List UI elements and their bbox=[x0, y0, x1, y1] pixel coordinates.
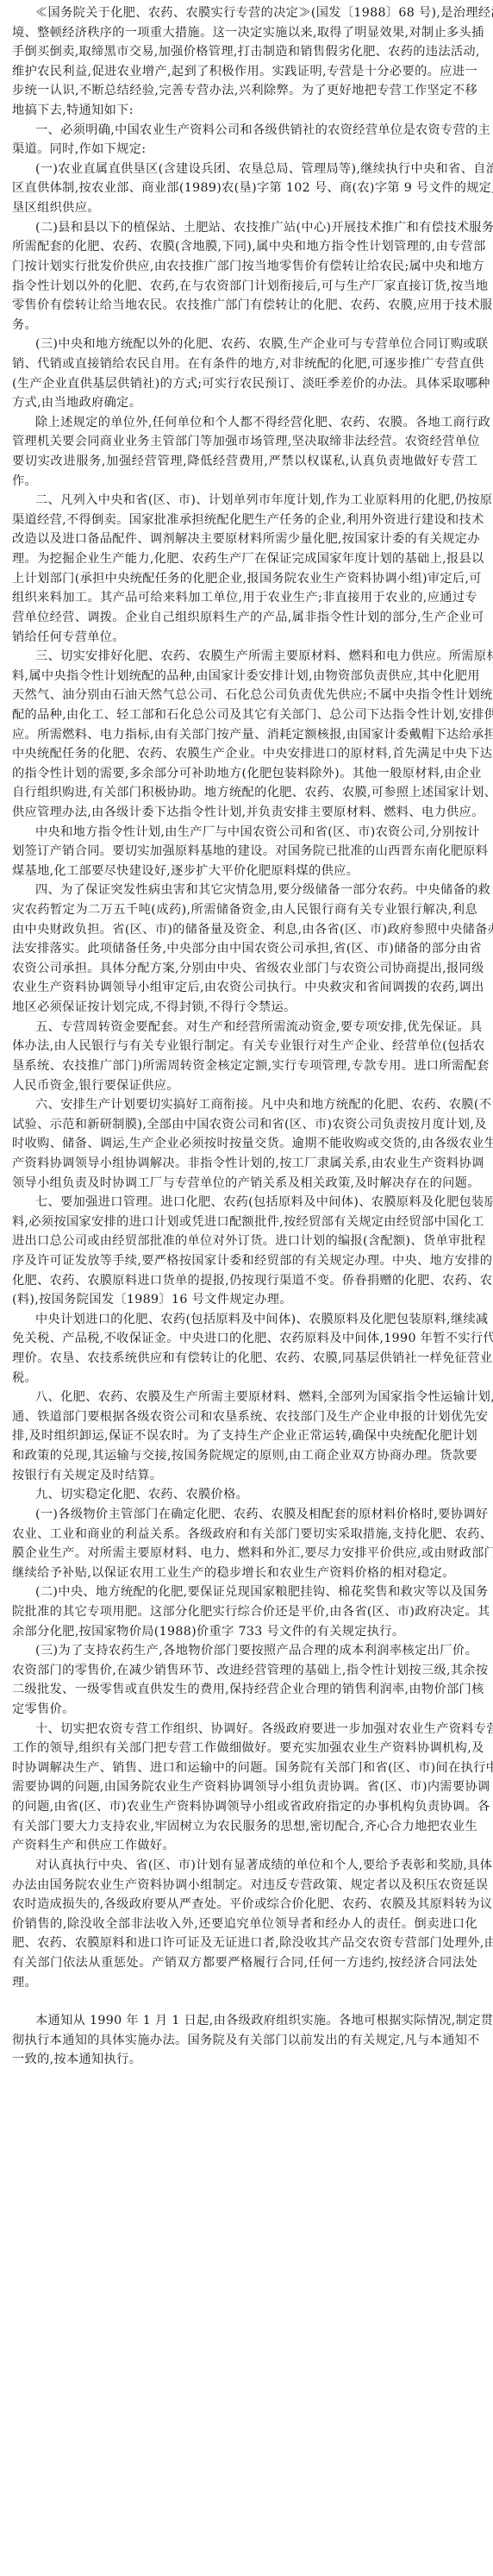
text-line: (生产企业直供基层供销社)的方式;可实行农民预订、淡旺季差价的办法。具体采取哪种 bbox=[12, 374, 477, 394]
text-line: 区直供体制,按农业部、商业部(1989)农(垦)字第 102 号、商(农)字第 … bbox=[12, 179, 477, 198]
text-line: 方式,由当地政府确定。 bbox=[12, 393, 477, 413]
text-line: 改造以及进口备品配件、调剂解决主要原材料所需少量化肥,按国家计委的有关规定办 bbox=[12, 530, 477, 549]
text-line: 有关部门要大力支持农业,牢固树立为农民服务的思想,密切配合,齐心合力地把农业生 bbox=[12, 1817, 477, 1837]
text-line: 需要协调的问题,由国务院农业生产资料协调领导小组负责协调。省(区、市)内需要协调 bbox=[12, 1777, 477, 1797]
paragraph-section-2: 二、凡列入中央和省(区、市)、计划单列市年度计划,作为工业原料用的化肥,仍按原渠… bbox=[12, 491, 477, 647]
text-line: (三)中央和地方统配以外的化肥、农药、农膜,生产企业可与专营单位合同订购或联 bbox=[12, 335, 477, 354]
text-line: (一)各级物价主管部门在确定化肥、农药、农膜及相配套的原材料价格时,要协调好 bbox=[12, 1505, 477, 1525]
paragraph-intro: ≪国务院关于化肥、农药、农膜实行专营的决定≫(国发〔1988〕68 号),是治理… bbox=[12, 3, 477, 121]
text-line: 膜企业生产。对所需主要原材料、电力、燃料和外汇,要尽力安排平价供应,或由财政部门 bbox=[12, 1544, 477, 1564]
text-line: 销、代销或直接销给农民自用。在有条件的地方,对非统配的化肥,可逐步推广专营直供 bbox=[12, 354, 477, 374]
text-line: 试验、示范和新研制膜),全部由中国农资公司和省(区、市)农资公司负责按月度计划,… bbox=[12, 1115, 477, 1135]
text-line: 办法由国务院农业生产资料协调小组制定。对违反专营政策、规定者以及积压农资延误 bbox=[12, 1876, 477, 1896]
text-line: 对认真执行中央、省(区、市)计划有显著成绩的单位和个人,要给予表彰和奖励,具体 bbox=[12, 1856, 477, 1876]
text-line: 地区必须保证按计划完成,不得封锁,不得行令禁运。 bbox=[12, 998, 477, 1018]
text-line: 垦区组织供应。 bbox=[12, 198, 477, 218]
text-line: ≪国务院关于化肥、农药、农膜实行专营的决定≫(国发〔1988〕68 号),是治理… bbox=[12, 3, 477, 23]
text-line: 时收购、储备、调运,生产企业必须按时按量交货。逾期不能收购或交货的,由各级农业生 bbox=[12, 1134, 477, 1154]
text-line: 九、切实稳定化肥、农药、农膜价格。 bbox=[12, 1485, 477, 1505]
paragraph-section-1-2: (二)县和县以下的植保站、土肥站、农技推广站(中心)开展技术推广和有偿技术服务所… bbox=[12, 218, 477, 335]
paragraph-section-7: 七、要加强进口管理。进口化肥、农药(包括原料及中间体)、农膜原料及化肥包装原料,… bbox=[12, 1193, 477, 1310]
text-line: (料),按国务院国发〔1989〕16 号文件规定办理。 bbox=[12, 1290, 477, 1310]
document-page: ≪国务院关于化肥、农药、农膜实行专营的决定≫(国发〔1988〕68 号),是治理… bbox=[12, 3, 477, 2070]
text-line: 农业生产资料协调领导小组审定后,由农资公司执行。中央救灾和省间调拨的农药,调出 bbox=[12, 978, 477, 998]
text-line: 由中央财政负担。省(区、市)的储备量及资金、利息,由各省(区、市)政府参照中央储… bbox=[12, 920, 477, 940]
paragraph-section-10-rewards: 对认真执行中央、省(区、市)计划有显著成绩的单位和个人,要给予表彰和奖励,具体办… bbox=[12, 1856, 477, 1992]
paragraph-section-10: 十、切实把农资专营工作组织、协调好。各级政府要进一步加强对农业生产资料专营工作的… bbox=[12, 1720, 477, 1856]
text-line: 所需配套的化肥、农药、农膜(含地膜,下同),属中央和地方指令性计划管理的,由专营… bbox=[12, 237, 477, 257]
text-line: 农资公司承担。具体分配方案,分别由中央、省级农业部门与农资公司协商提出,报同级 bbox=[12, 959, 477, 979]
text-line: 渠道。同时,作如下规定: bbox=[12, 140, 477, 160]
text-line: 继续给予补贴,以保证农用工业生产的稳步增长和农业生产资料价格的相对稳定。 bbox=[12, 1564, 477, 1583]
text-line: 序及许可证发放等手续,要严格按国家计委和经贸部的有关规定办理。中央、地方安排的 bbox=[12, 1251, 477, 1271]
text-line: 自行组织购进,有关部门积极协助。地方统配的化肥、农药、农膜,可参照上述国家计划、 bbox=[12, 783, 477, 803]
text-line: (一)农业直属直供垦区(含建设兵团、农垦总局、管理局等),继续执行中央和省、自治 bbox=[12, 160, 477, 179]
text-line: 要切实改进服务,加强经营管理,降低经营费用,严禁以权谋私,认真负责地做好专营工 bbox=[12, 452, 477, 472]
text-line: 的问题,由省(区、市)农业生产资料协调领导小组或省政府指定的办事机构负责协调。各 bbox=[12, 1797, 477, 1817]
paragraph-section-9-2: (二)中央、地方统配的化肥,要保证兑现国家粮肥挂钩、棉花奖售和救灾等以及国务院批… bbox=[12, 1583, 477, 1641]
text-line: 渠道经营,不得倒卖。国家批准承担统配化肥生产任务的企业,利用外资进行建设和技术 bbox=[12, 511, 477, 530]
text-line: 中央计划进口的化肥、农药(包括原料及中间体)、农膜原料及化肥包装原料,继续减 bbox=[12, 1310, 477, 1330]
text-line: 中央和地方指令性计划,由生产厂与中国农资公司和省(区、市)农资公司,分别按计 bbox=[12, 823, 477, 843]
paragraph-section-3: 三、切实安排好化肥、农药、农膜生产所需主要原材料、燃料和电力供应。所需原材料,属… bbox=[12, 647, 477, 822]
paragraph-section-1: 一、必须明确,中国农业生产资料公司和各级供销社的农资经营单位是农资专营的主渠道。… bbox=[12, 121, 477, 160]
text-line: 零售价有偿转让给当地农民。农技推广部门有偿转让的化肥、农药、农膜,应用于技术服 bbox=[12, 296, 477, 316]
text-line: 六、安排生产计划要切实搞好工商衔接。凡中央和地方统配的化肥、农药、农膜(不含 bbox=[12, 1095, 477, 1115]
text-line: 税。 bbox=[12, 1369, 477, 1388]
text-line: 务。 bbox=[12, 316, 477, 335]
text-line: 产资料生产和供应工作做好。 bbox=[12, 1836, 477, 1856]
text-line: 体办法,由人民银行与有关专业银行制定。有关专业银行对生产企业、经营单位(包括农 bbox=[12, 1037, 477, 1056]
text-line: 管理机关要会同商业业务主管部门等加强市场管理,坚决取缔非法经营。农资经营单位 bbox=[12, 432, 477, 452]
text-line: (二)县和县以下的植保站、土肥站、农技推广站(中心)开展技术推广和有偿技术服务 bbox=[12, 218, 477, 238]
paragraph-section-8: 八、化肥、农药、农膜及生产所需主要原材料、燃料,全部列为国家指令性运输计划,交通… bbox=[12, 1388, 477, 1485]
text-line: 二、凡列入中央和省(区、市)、计划单列市年度计划,作为工业原料用的化肥,仍按原 bbox=[12, 491, 477, 511]
text-line: 划签订产销合同。要切实加强原料基地的建设。对国务院已批准的山西晋东南化肥原料 bbox=[12, 842, 477, 862]
text-line: 免关税、产品税,不收保证金。中央进口的化肥、农药原料及中间体,1990 年暂不实… bbox=[12, 1329, 477, 1349]
text-line: 步统一认识,不断总结经验,完善专营办法,兴利除弊。为了更好地把专营工作坚定不移 bbox=[12, 81, 477, 101]
text-line: 手倒买倒卖,取缔黑市交易,加强价格管理,打击制造和销售假劣化肥、农药的违法活动, bbox=[12, 42, 477, 62]
text-line: 上计划部门(承担中央统配任务的化肥企业,报国务院农业生产资料协调小组)审定后,可 bbox=[12, 569, 477, 589]
paragraph-section-9-3: (三)为了支持农药生产,各地物价部门要按照产品合理的成本利润率核定出厂价。农资部… bbox=[12, 1641, 477, 1719]
text-line: 组织来料加工。其产品可给来料加工单位,用于农业生产;非直接用于农业的,应通过专 bbox=[12, 588, 477, 608]
text-line: 八、化肥、农药、农膜及生产所需主要原材料、燃料,全部列为国家指令性运输计划,交 bbox=[12, 1388, 477, 1407]
paragraph-section-4: 四、为了保证突发性病虫害和其它灾情急用,要分级储备一部分农药。中央储备的救灾农药… bbox=[12, 881, 477, 1017]
text-line: 有关部门依法从重惩处。产销双方都要严格履行合同,任何一方违约,按经济合同法处 bbox=[12, 1953, 477, 1973]
text-line: 一、必须明确,中国农业生产资料公司和各级供销社的农资经营单位是农资专营的主 bbox=[12, 121, 477, 141]
paragraph-section-1-1: (一)农业直属直供垦区(含建设兵团、农垦总局、管理局等),继续执行中央和省、自治… bbox=[12, 160, 477, 218]
text-line: 领导小组负责及时协调工厂与专营单位的产销关系及相关政策,及时解决存在的问题。 bbox=[12, 1174, 477, 1194]
text-line: 按银行有关规定及时结算。 bbox=[12, 1466, 477, 1486]
text-line: 指令性计划以外的化肥、农药,在与农资部门计划衔接后,可与生产厂家直接订货,按当地 bbox=[12, 277, 477, 297]
text-line: 定零售价。 bbox=[12, 1700, 477, 1720]
paragraph-section-1-closing: 除上述规定的单位外,任何单位和个人都不得经营化肥、农药、农膜。各地工商行政管理机… bbox=[12, 413, 477, 491]
text-line: 三、切实安排好化肥、农药、农膜生产所需主要原材料、燃料和电力供应。所需原材 bbox=[12, 647, 477, 667]
text-line: 五、专营周转资金要配套。对生产和经营所需流动资金,要专项安排,优先保证。具 bbox=[12, 1018, 477, 1037]
text-line: 人民币资金,银行要保证供应。 bbox=[12, 1076, 477, 1096]
paragraph-section-1-3: (三)中央和地方统配以外的化肥、农药、农膜,生产企业可与专营单位合同订购或联销、… bbox=[12, 335, 477, 412]
text-line: 二级批发、一级零售或直供发生的费用,保持经营企业合理的销售利润率,由物价部门核 bbox=[12, 1680, 477, 1700]
text-line: 化肥、农药、农膜原料进口货单的提报,仍按现行渠道不变。侨眷捐赠的化肥、农药、农膜 bbox=[12, 1271, 477, 1291]
text-line: 除上述规定的单位外,任何单位和个人都不得经营化肥、农药、农膜。各地工商行政 bbox=[12, 413, 477, 433]
text-line: 煤基地,化工部要尽快建设好,逐步扩大平价化肥原料煤的供应。 bbox=[12, 862, 477, 881]
paragraph-section-6: 六、安排生产计划要切实搞好工商衔接。凡中央和地方统配的化肥、农药、农膜(不含试验… bbox=[12, 1095, 477, 1193]
text-line: 四、为了保证突发性病虫害和其它灾情急用,要分级储备一部分农药。中央储备的救 bbox=[12, 881, 477, 900]
text-line: 农业、工业和商业的利益关系。各级政府和有关部门要切实采取措施,支持化肥、农药、农 bbox=[12, 1525, 477, 1545]
text-line: 垦系统、农技推广部门)所需周转资金核定定额,实行专项管理,专款专用。进口所需配套 bbox=[12, 1056, 477, 1076]
text-line: 料,属中央指令性计划统配的品种,由国家计委安排计划,由物资部负责供应,其中化肥用 bbox=[12, 667, 477, 686]
paragraph-section-7-tax: 中央计划进口的化肥、农药(包括原料及中间体)、农膜原料及化肥包装原料,继续减免关… bbox=[12, 1310, 477, 1388]
text-line: 排,及时组织卸运,保证不误农时。为了支持生产企业正常运转,确保中央统配化肥计划 bbox=[12, 1426, 477, 1446]
text-line: 本通知从 1990 年 1 月 1 日起,由各级政府组织实施。各地可根据实际情况… bbox=[12, 2011, 477, 2031]
text-line: 农时造成损失的,各级政府要从严查处。平价或综合价化肥、农药、农膜及其原料转为议 bbox=[12, 1895, 477, 1915]
text-line: 法安排落实。此项储备任务,中央部分由中国农资公司承担,省(区、市)储备的部分由省 bbox=[12, 939, 477, 959]
text-line: 门按计划实行批发价供应,由农技推广部门按当地零售价有偿转让给农民;属中央和地方 bbox=[12, 257, 477, 277]
text-line: 理。 bbox=[12, 1973, 477, 1993]
text-line: 肥、农药、农膜原料和进口许可证及无证进口者,除没收其产品交农资专营部门处理外,由 bbox=[12, 1934, 477, 1953]
text-line: 作。 bbox=[12, 472, 477, 492]
paragraph-section-9-1: (一)各级物价主管部门在确定化肥、农药、农膜及相配套的原材料价格时,要协调好农业… bbox=[12, 1505, 477, 1583]
text-line: 院批准的其它专项用肥。这部分化肥实行综合价还是平价,由各省(区、市)政府决定。其 bbox=[12, 1602, 477, 1622]
paragraph-section-9: 九、切实稳定化肥、农药、农膜价格。 bbox=[12, 1485, 477, 1505]
text-line: 通、铁道部门要根据各级农资公司和农垦系统、农技部门及生产企业申报的计划优先安 bbox=[12, 1407, 477, 1427]
text-line: 中央统配任务的化肥、农药、农膜生产企业。中央安排进口的原材料,首先满足中央下达 bbox=[12, 744, 477, 764]
text-line: 配的品种,由化工、轻工部和石化总公司及其它有关部门、总公司下达指令性计划,安排供 bbox=[12, 705, 477, 725]
text-line: 地搞下去,特通知如下: bbox=[12, 101, 477, 121]
text-line: 灾农药暂定为二万五千吨(成药),所需储备资金,由人民银行商有关专业银行解决,利息 bbox=[12, 900, 477, 920]
text-line: 料,必须按国家安排的进口计划或凭进口配额批件,按经贸部有关规定由经贸部中国化工 bbox=[12, 1213, 477, 1232]
text-line: 销给任何专营单位。 bbox=[12, 628, 477, 648]
text-line: 天然气、油分别由石油天然气总公司、石化总公司负责优先供应;不属中央指令性计划统 bbox=[12, 686, 477, 705]
text-line: (二)中央、地方统配的化肥,要保证兑现国家粮肥挂钩、棉花奖售和救灾等以及国务 bbox=[12, 1583, 477, 1602]
text-line: 理价。农垦、农技系统供应和有偿转让的化肥、农药、农膜,同基层供销社一样免征营业 bbox=[12, 1349, 477, 1369]
text-line: 农资部门的零售价,在减少销售环节、改进经营管理的基础上,指令性计划按三级,其余按 bbox=[12, 1661, 477, 1681]
text-line: 十、切实把农资专营工作组织、协调好。各级政府要进一步加强对农业生产资料专营 bbox=[12, 1720, 477, 1739]
text-line: 彻执行本通知的具体实施办法。国务院及有关部门以前发出的有关规定,凡与本通知不 bbox=[12, 2031, 477, 2051]
text-line: 供应管理办法,由各级计委下达指令性计划,并负责安排主要原材料、燃料、电力供应。 bbox=[12, 803, 477, 823]
text-line: 七、要加强进口管理。进口化肥、农药(包括原料及中间体)、农膜原料及化肥包装原 bbox=[12, 1193, 477, 1213]
text-line: 应。所需燃料、电力指标,由有关部门按产量、消耗定额核报,由国家计委戴帽下达给承担 bbox=[12, 725, 477, 745]
text-line: 和政策的兑现,其运输与交接,按国务院规定的原则,由工商企业双方协商办理。货款要 bbox=[12, 1446, 477, 1466]
text-line: 一致的,按本通知执行。 bbox=[12, 2050, 477, 2070]
paragraph-gap bbox=[12, 1992, 477, 2011]
text-line: 价销售的,除没收全部非法收入外,还要追究单位领导者和经办人的责任。倒卖进口化 bbox=[12, 1915, 477, 1934]
paragraph-section-5: 五、专营周转资金要配套。对生产和经营所需流动资金,要专项安排,优先保证。具体办法… bbox=[12, 1018, 477, 1095]
text-line: 营单位经营、调拨。企业自己组织原料生产的产品,属非指令性计划的部分,生产企业可 bbox=[12, 608, 477, 628]
text-line: 维护农民利益,促进农业增产,起到了积极作用。实践证明,专营是十分必要的。应进一 bbox=[12, 62, 477, 82]
text-line: (三)为了支持农药生产,各地物价部门要按照产品合理的成本利润率核定出厂价。 bbox=[12, 1641, 477, 1661]
text-line: 时协调解决生产、销售、进口和运输中的问题。国务院有关部门和省(区、市)间在执行中 bbox=[12, 1758, 477, 1778]
text-line: 进出口总公司或由经贸部批准的单位对外订货。进口计划的编报(含配额)、货单审批程 bbox=[12, 1232, 477, 1251]
text-line: 产资料协调领导小组协调解决。非指令性计划的,按工厂隶属关系,由农业生产资料协调 bbox=[12, 1154, 477, 1174]
text-line: 境、整顿经济秩序的一项重大措施。这一决定实施以来,取得了明显效果,对制止多头插 bbox=[12, 23, 477, 43]
text-line: 工作的领导,组织有关部门把专营工作做细做好。要充实加强农业生产资料协调机构,及 bbox=[12, 1739, 477, 1758]
text-line: 的指令性计划的需要,多余部分可补助地方(化肥包装料除外)。其他一般原材料,由企业 bbox=[12, 764, 477, 784]
paragraph-section-3-contracts: 中央和地方指令性计划,由生产厂与中国农资公司和省(区、市)农资公司,分别按计划签… bbox=[12, 823, 477, 881]
paragraph-closing: 本通知从 1990 年 1 月 1 日起,由各级政府组织实施。各地可根据实际情况… bbox=[12, 2011, 477, 2070]
text-line: 理。为挖掘企业生产能力,化肥、农药生产厂在保证完成国家年度计划的基础上,报县以 bbox=[12, 549, 477, 569]
text-line: 余部分化肥,按国家物价局(1988)价重字 733 号文件的有关规定执行。 bbox=[12, 1622, 477, 1642]
